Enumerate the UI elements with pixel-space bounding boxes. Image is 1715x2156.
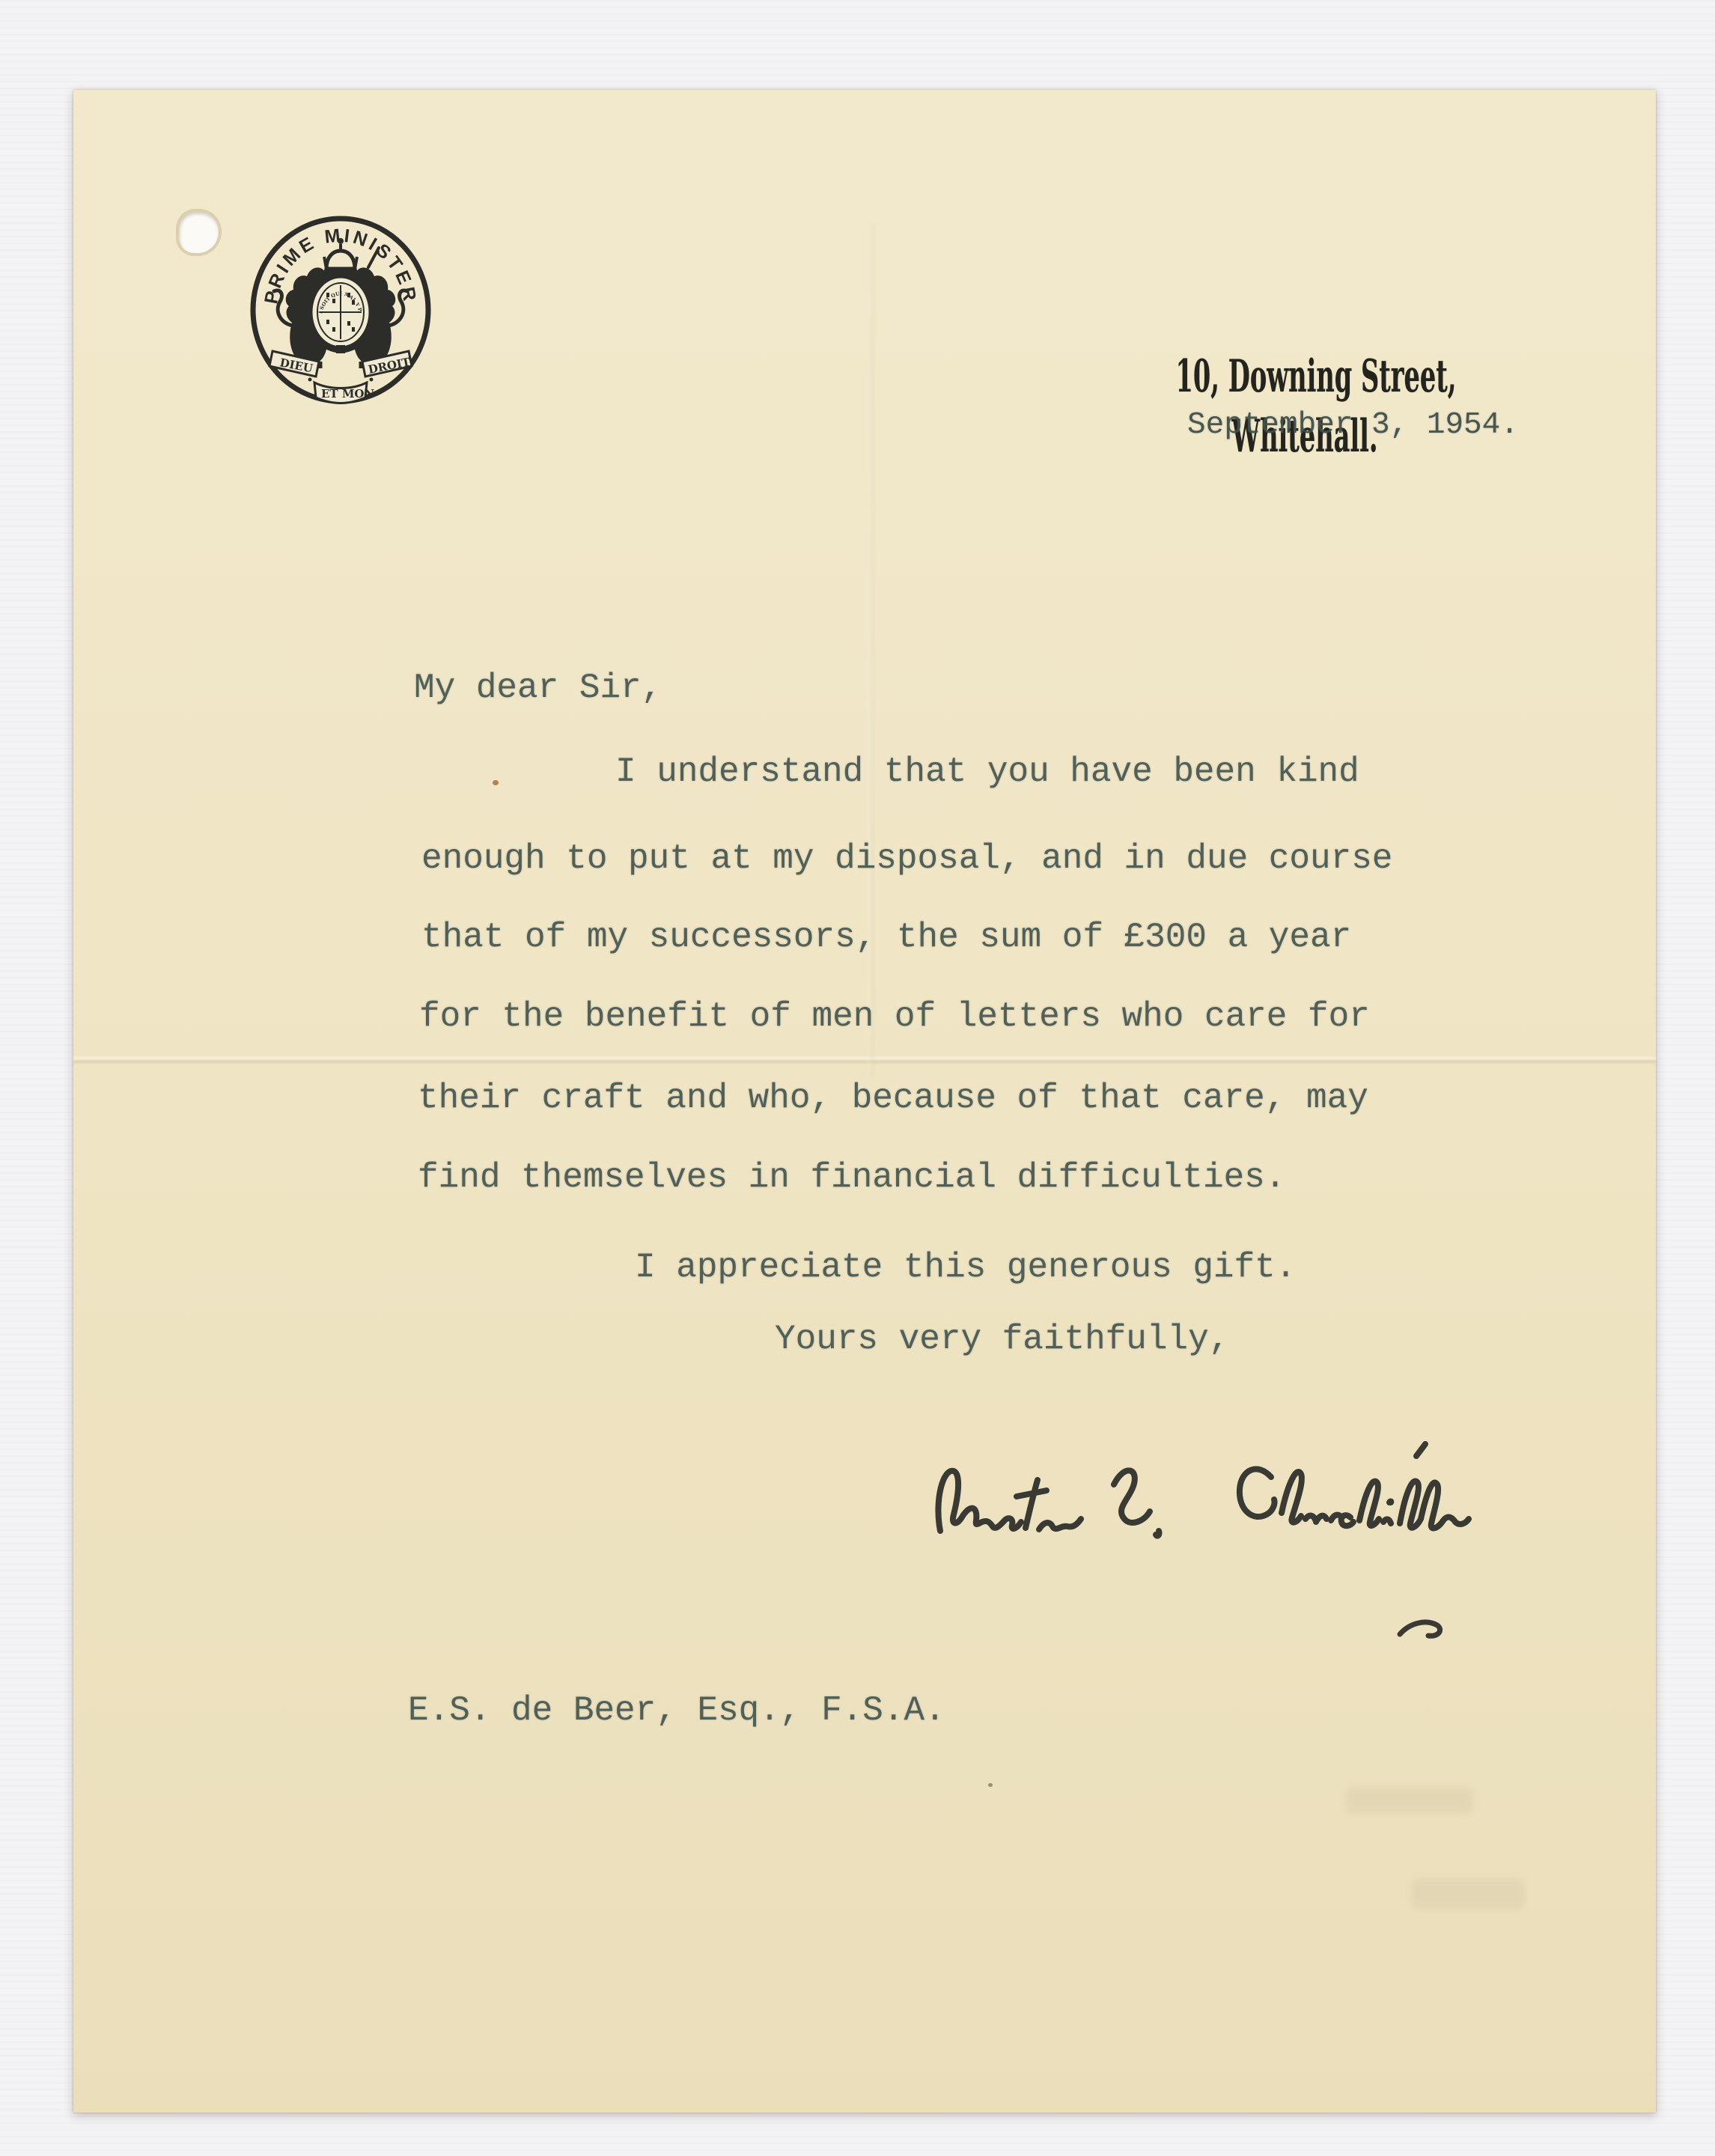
signature <box>921 1404 1512 1658</box>
prime-minister-crest-icon: PRIME MINISTER HONI SOIT QU <box>247 213 434 406</box>
paper-speck <box>988 1783 993 1787</box>
body-line: that of my successors, the sum of £300 a… <box>421 920 1351 954</box>
punch-hole <box>179 212 219 253</box>
body-line: I appreciate this generous gift. <box>635 1250 1296 1285</box>
show-through-smudge <box>1346 1788 1473 1813</box>
address-line-1: 10, Downing Street, <box>1176 350 1457 403</box>
salutation: My dear Sir, <box>414 671 662 705</box>
body-line: their craft and who, because of that car… <box>418 1081 1368 1115</box>
valediction: Yours very faithfully, <box>775 1322 1229 1356</box>
letter-paper: PRIME MINISTER HONI SOIT QU <box>73 90 1656 2113</box>
body-line: find themselves in financial difficultie… <box>418 1160 1285 1195</box>
body-line: for the benefit of men of letters who ca… <box>419 999 1370 1034</box>
body-line: I understand that you have been kind <box>615 755 1359 789</box>
body-line: enough to put at my disposal, and in due… <box>421 841 1392 876</box>
recipient-line: E.S. de Beer, Esq., F.S.A. <box>408 1693 945 1728</box>
letter-date: September 3, 1954. <box>1187 410 1519 441</box>
show-through-smudge <box>1412 1879 1524 1909</box>
banner-et-mon: ET MON <box>321 387 374 401</box>
paper-speck <box>493 780 499 785</box>
horizontal-fold-crease <box>73 1056 1656 1065</box>
motto-banners: DIEU DROIT ET MON <box>269 351 412 404</box>
